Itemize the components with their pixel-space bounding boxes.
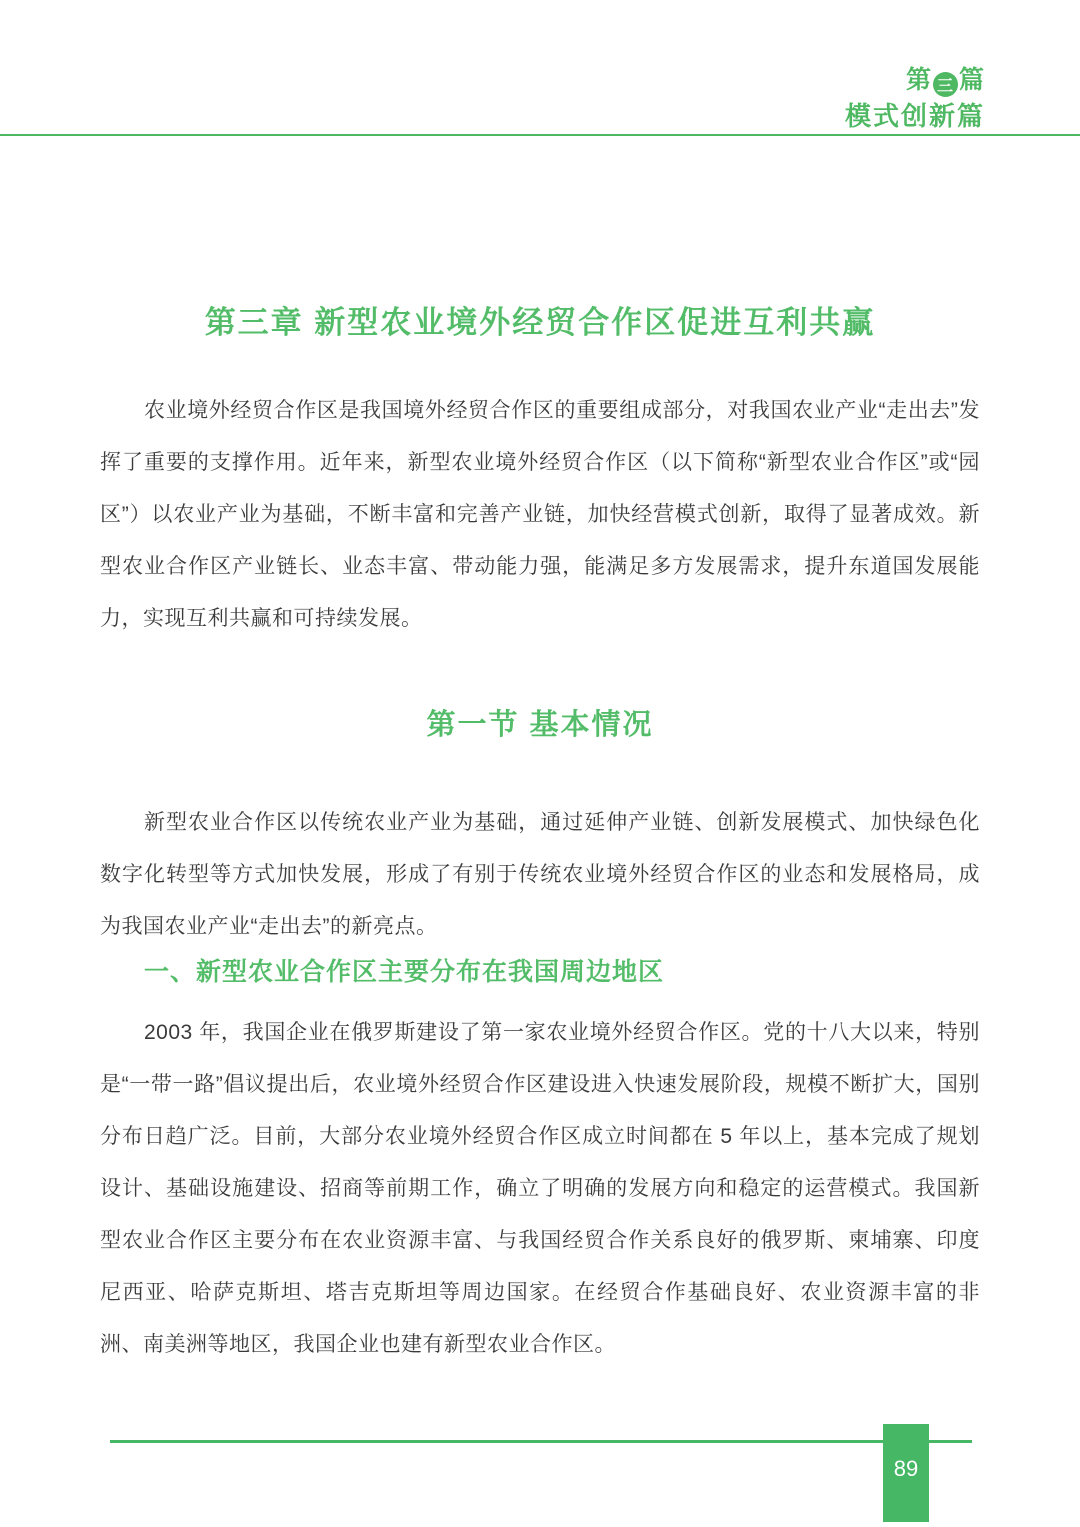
footer-divider (110, 1440, 972, 1443)
chapter-title: 第三章 新型农业境外经贸合作区促进互利共赢 (0, 297, 1080, 342)
page-number: 89 (894, 1456, 918, 1482)
header-part-number: 第三篇 (906, 60, 985, 97)
document-page: 第三篇 模式创新篇 第三章 新型农业境外经贸合作区促进互利共赢 农业境外经贸合作… (0, 0, 1080, 1527)
part-number-circle-icon: 三 (933, 72, 958, 97)
paragraph-1: 农业境外经贸合作区是我国境外经贸合作区的重要组成部分，对我国农业产业“走出去”发… (100, 385, 980, 645)
paragraph-2: 新型农业合作区以传统农业产业为基础，通过延伸产业链、创新发展模式、加快绿色化数字… (100, 797, 980, 953)
page-number-badge: 89 (883, 1424, 929, 1522)
header-part-title: 模式创新篇 (845, 96, 985, 133)
paragraph-3: 2003 年，我国企业在俄罗斯建设了第一家农业境外经贸合作区。党的十八大以来，特… (100, 1007, 980, 1371)
header-divider (0, 134, 1080, 136)
part-suffix: 篇 (959, 66, 985, 94)
part-prefix: 第 (906, 66, 932, 94)
section-title: 第一节 基本情况 (0, 702, 1080, 743)
part-circle-char: 三 (937, 73, 954, 96)
subsection-title: 一、新型农业合作区主要分布在我国周边地区 (100, 952, 980, 988)
